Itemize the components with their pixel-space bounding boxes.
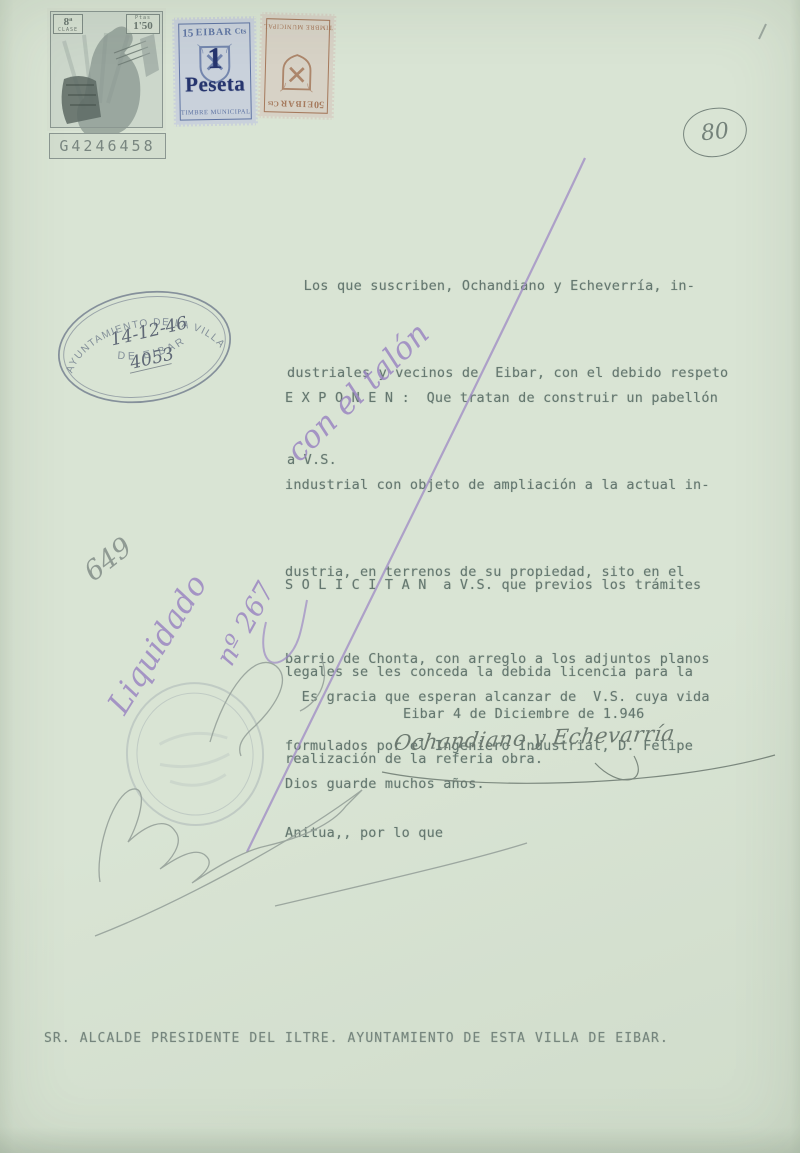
typed-line: industrial con objeto de ampliación a la… <box>285 471 718 500</box>
typed-line: Los que suscriben, Ochandiano y Echeverr… <box>287 272 728 301</box>
stamp-cents: Cts <box>268 97 279 108</box>
overprint-unit: Peseta <box>185 71 246 97</box>
addressee-line: SR. ALCALDE PRESIDENTE DEL ILTRE. AYUNTA… <box>44 1024 669 1053</box>
fiscal-stamp-serial: G4246458 <box>49 133 166 159</box>
stamp-footer: TIMBRE MUNICIPAL <box>263 22 333 31</box>
fiscal-class-word: CLASE <box>54 28 82 33</box>
municipal-stamp-50-inverted: 50 EIBAR Cts TIMBRE MUNICIPAL <box>258 12 337 120</box>
municipal-stamp-15: 15 EIBAR Cts TIMBRE MUNICIPAL 1 Peseta <box>172 16 258 126</box>
overprint-value: 1 <box>207 46 222 72</box>
page-number: 80 <box>700 119 730 147</box>
fiscal-value-box: Ptas 1'50 <box>126 14 160 34</box>
peseta-overprint: 1 Peseta <box>174 18 256 124</box>
page-number-circled: 80 <box>681 105 750 160</box>
fiscal-class-box: 8ª CLASE <box>53 14 83 34</box>
stamp-value: 50 <box>314 98 324 109</box>
document-page: 8ª CLASE Ptas 1'50 G4246458 15 EIBAR Cts… <box>0 0 800 1153</box>
eibar-shield-icon <box>279 53 314 94</box>
typed-line: Dios guarde muchos años. <box>285 770 710 799</box>
registry-handwritten-number: 4053 <box>127 344 176 374</box>
typed-line: S O L I C I T A N a V.S. que previos los… <box>285 571 701 600</box>
fiscal-stamp: 8ª CLASE Ptas 1'50 <box>47 8 166 131</box>
purple-annotation-number: nº 267 <box>210 577 281 671</box>
fiscal-serial-number: G4246458 <box>59 137 155 155</box>
fiscal-value: 1'50 <box>127 21 159 32</box>
pencil-file-number: 649 <box>78 532 138 588</box>
stamp-city: EIBAR <box>280 98 314 110</box>
registry-oval-stamp: AYUNTAMIENTO DE LA VILLA DE EIBAR 14-12-… <box>43 270 245 423</box>
